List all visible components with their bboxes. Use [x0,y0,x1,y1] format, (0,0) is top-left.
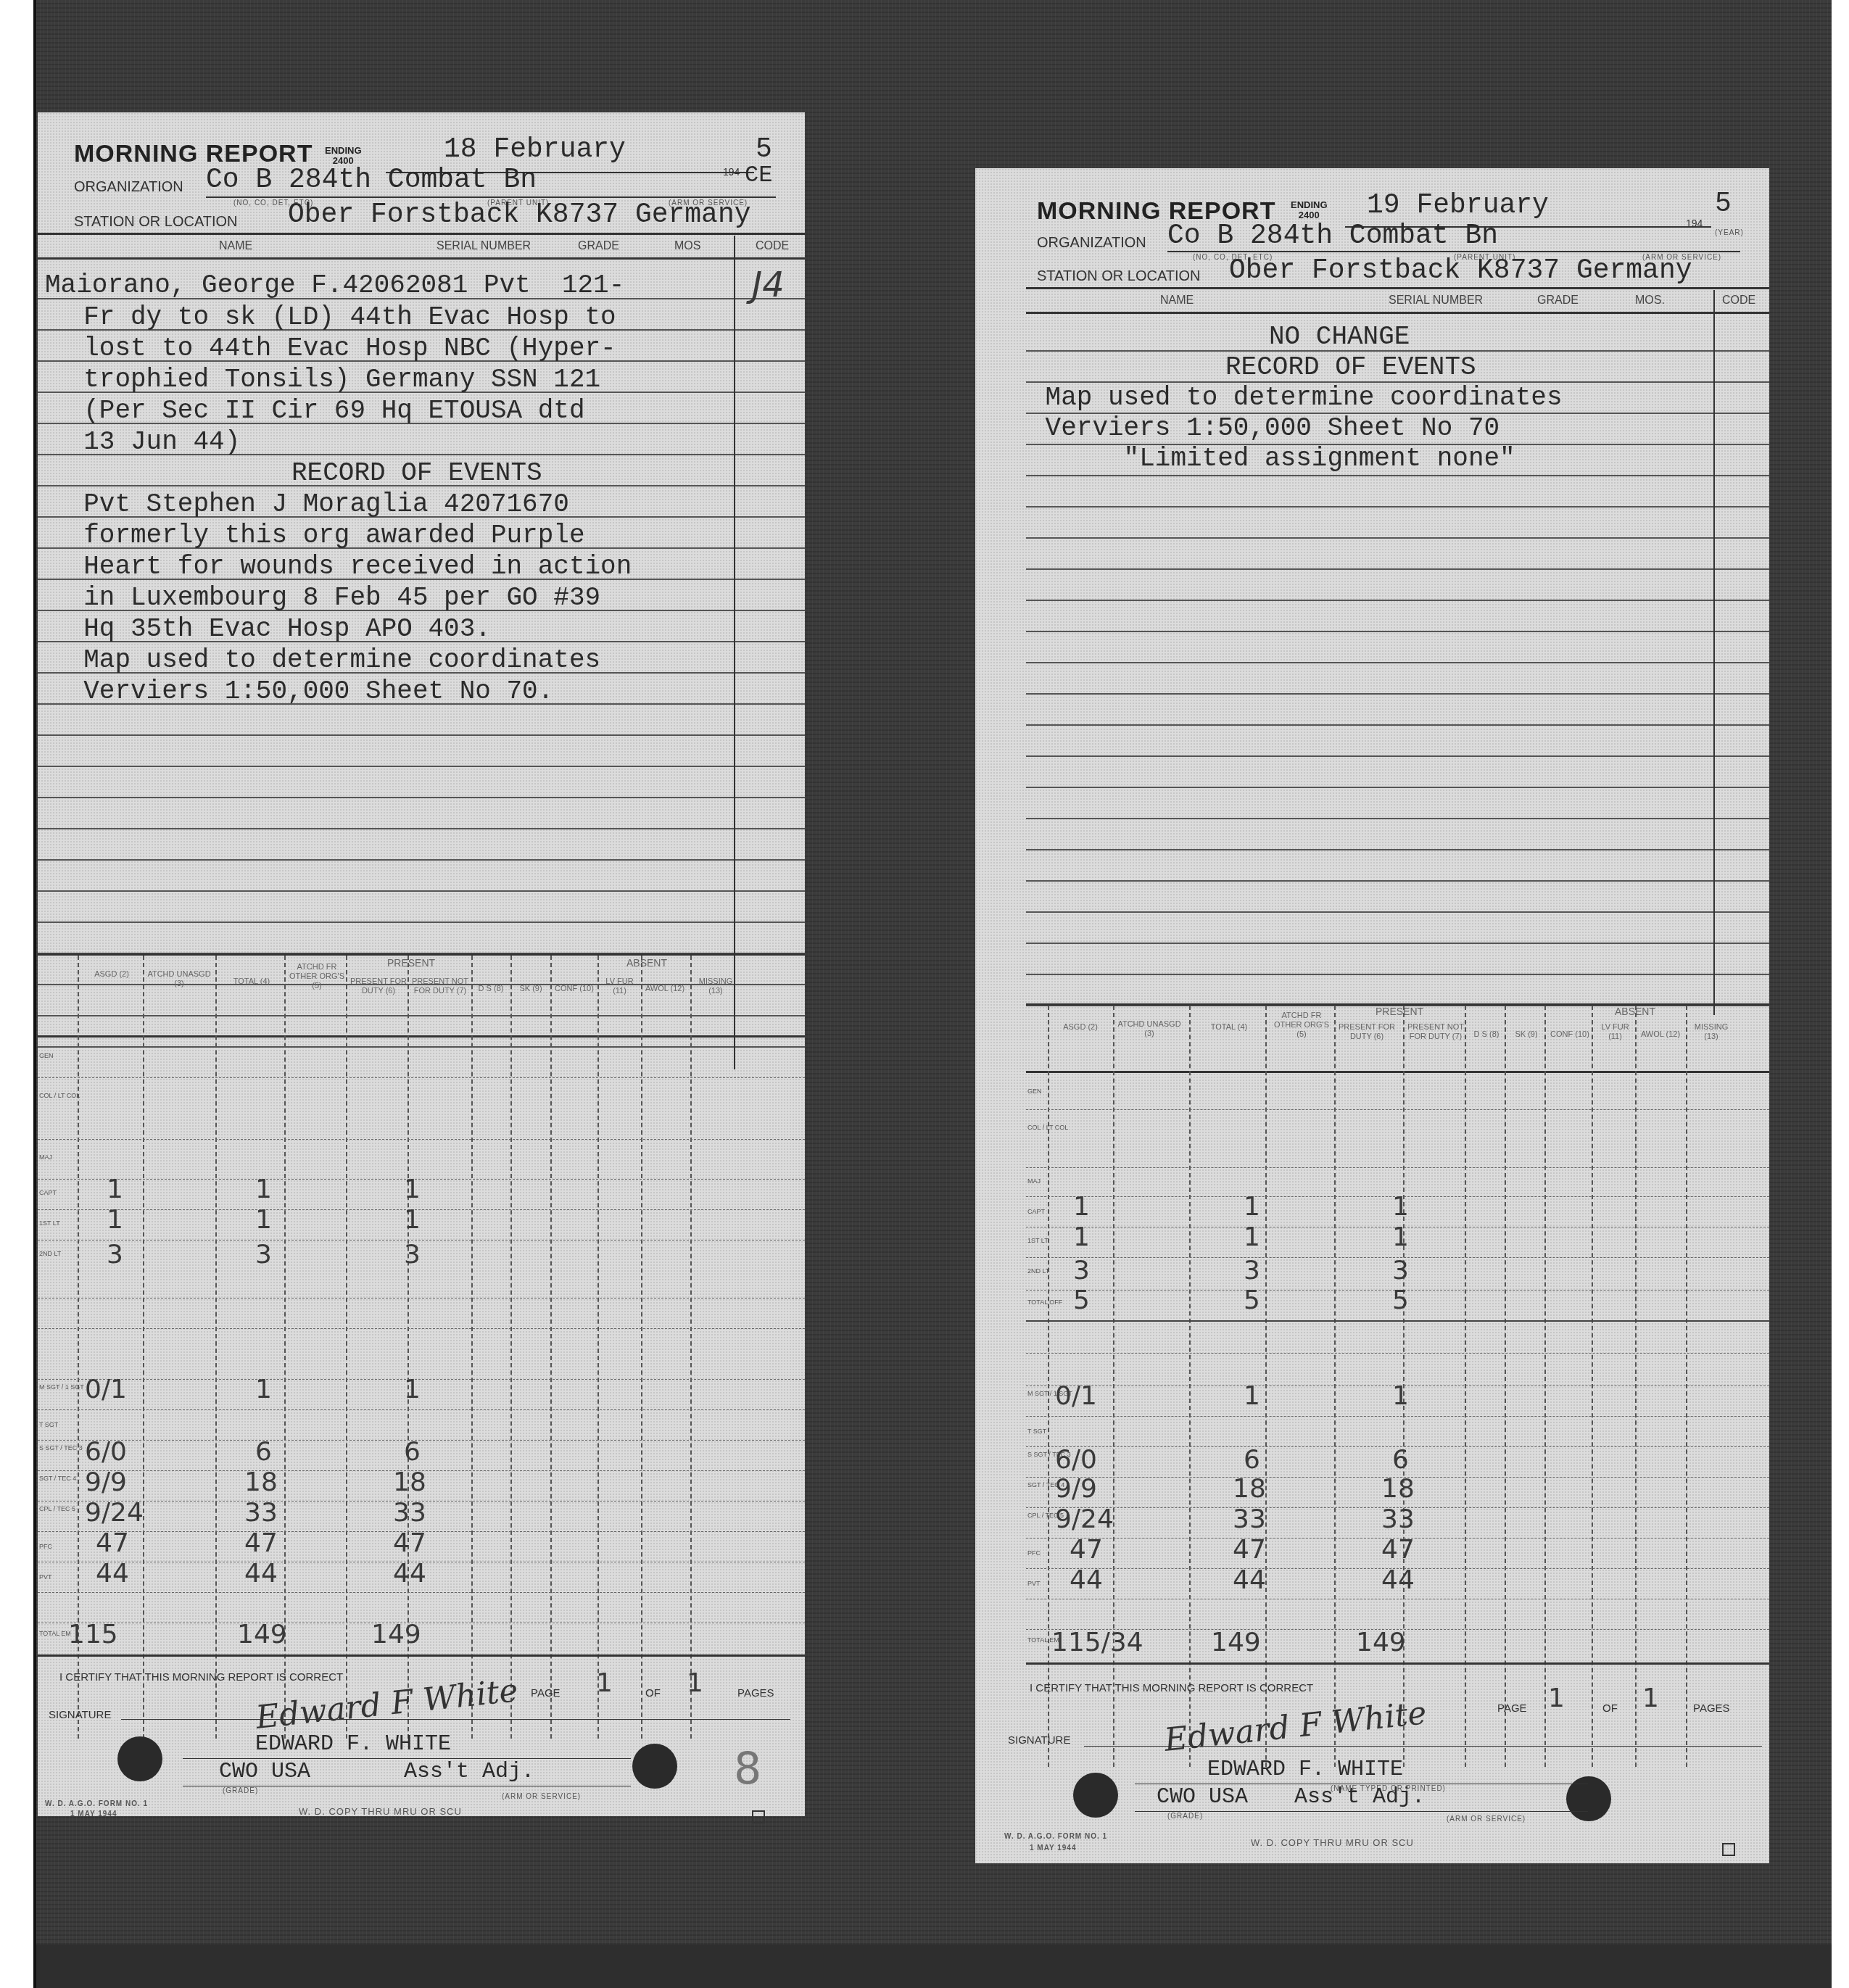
table-row: CAPT 1 1 1 [38,1179,805,1210]
report-date: 19 February [1367,190,1549,221]
cell-asgd: 3 [1073,1256,1090,1285]
hdr-asgd: ASGD (2) [83,970,141,979]
cell-asgd: 47 [96,1528,129,1558]
signature: Edward F White [1162,1694,1428,1759]
strength-table: ASGD (2) ATCHD UNASGD (3) TOTAL (4) ATCH… [1026,1003,1769,1767]
col-serial: SERIAL NUMBER [1389,294,1483,307]
organization-value: Co B 284th Combat Bn [206,165,537,196]
cell-total: 3 [1244,1256,1260,1285]
grade-line [1135,1811,1588,1812]
table-row: PFC 47 47 47 [1026,1538,1769,1569]
code-column-divider [1713,290,1715,1015]
cell-asgd: 9/9 [85,1467,127,1497]
col-code: CODE [1722,294,1755,307]
entry-code: J4 [752,265,785,305]
cell-for-duty: 47 [393,1528,426,1558]
entry-line: Pvt Stephen J Moraglia 42071670 [52,489,569,519]
entry-line: Map used to determine coordinates [1030,383,1563,413]
hdr-conf: CONF (10) [1548,1030,1592,1040]
hdr-ds: D S (8) [1468,1030,1505,1040]
year-label: (YEAR) [1715,229,1744,237]
form-number: W. D. A.G.O. FORM NO. 1 [45,1800,148,1808]
cell-asgd: 0/1 [1055,1381,1097,1411]
ending-label: ENDING 2400 [325,146,362,166]
of-label: OF [645,1687,661,1699]
cell-total: 47 [244,1528,278,1558]
cell-total: 5 [1244,1285,1260,1315]
hdr-group-absent: ABSENT [574,958,719,968]
year-prefix: 194 [1686,218,1703,229]
cell-asgd: 1 [107,1175,123,1204]
page-total: 1 [687,1668,703,1698]
table-row [1026,1599,1769,1630]
signer-role: Ass't Adj. [1294,1785,1425,1810]
cell-for-duty: 3 [404,1240,421,1270]
organization-label: ORGANIZATION [74,179,183,196]
corner-box [752,1810,765,1823]
table-row: SGT / TEC 4 9/9 18 18 [1026,1477,1769,1508]
col-grade: GRADE [578,240,619,253]
copy-note: W. D. COPY THRU MRU OR SCU [1251,1837,1414,1848]
table-row: MAJ [38,1139,805,1180]
cell-asgd: 115 [68,1620,118,1649]
no-change-heading: NO CHANGE [1269,322,1410,352]
of-label: OF [1602,1702,1618,1715]
cell-for-duty: 149 [371,1620,421,1649]
entry-column-headers: NAME SERIAL NUMBER GRADE MOS CODE [38,236,805,260]
report-header: MORNING REPORT ENDING 2400 19 February 1… [975,168,1769,324]
entry-line: "Limited assignment none" [1030,444,1515,473]
record-of-events-heading: RECORD OF EVENTS [291,458,542,488]
cell-asgd: 1 [1073,1222,1090,1252]
org-underline [206,196,776,198]
report-date: 18 February [444,134,626,165]
table-row: T SGT [1026,1416,1769,1447]
table-row: S SGT / TEC 3 6/0 6 6 [38,1440,805,1471]
year-digit: 5 [756,134,772,165]
cell-asgd: 0/1 [85,1375,127,1404]
cell-asgd: 44 [1070,1565,1103,1595]
certification-block: I CERTIFY THAT THIS MORNING REPORT IS CO… [38,1671,805,1816]
entry-line: lost to 44th Evac Hosp NBC (Hyper- [52,334,616,363]
punch-hole-left [117,1736,162,1781]
entry-line: Heart for wounds received in action [52,552,632,581]
table-row [38,1592,805,1623]
entry-line: in Luxembourg 8 Feb 45 per GO #39 [52,583,600,613]
cell-asgd: 1 [1073,1192,1090,1222]
arm-label: (ARM OR SERVICE) [1447,1815,1526,1823]
table-row: CPL / TEC 5 9/24 33 33 [1026,1507,1769,1538]
cell-for-duty: 1 [1392,1381,1409,1411]
cell-for-duty: 1 [404,1205,421,1235]
cell-asgd: 47 [1070,1535,1103,1565]
signature-line [121,1719,790,1720]
punch-hole-right [632,1744,677,1789]
hdr-total: TOTAL (4) [223,977,281,987]
table-row: S SGT / TEC 3 6/0 6 6 [1026,1446,1769,1478]
form-number: W. D. A.G.O. FORM NO. 1 [1004,1833,1107,1841]
cell-for-duty: 44 [1381,1565,1415,1595]
col-mos: MOS [674,240,700,253]
page-right-margin [1832,0,1849,1988]
page-number: 1 [1548,1683,1565,1713]
cell-asgd: 6/0 [85,1437,127,1467]
hdr-atchd-fr-other: ATCHD FR OTHER ORG'S (5) [288,963,346,991]
table-row-total: TOTAL EM 115/34 149 149 [1026,1629,1769,1665]
cell-total: 1 [255,1375,272,1404]
signature-label: SIGNATURE [49,1709,111,1721]
col-mos: MOS. [1635,294,1665,307]
cell-for-duty: 149 [1356,1628,1406,1657]
year-label: CE [745,162,772,189]
cell-for-duty: 6 [1392,1445,1409,1475]
table-row: GEN [1026,1073,1769,1110]
cell-for-duty: 18 [1381,1474,1415,1504]
table-row: GEN [38,1038,805,1078]
entry-column-headers: NAME SERIAL NUMBER GRADE MOS. CODE [1026,290,1769,314]
hdr-atchd-fr-other: ATCHD FR OTHER ORG'S (5) [1273,1011,1331,1040]
cell-total: 6 [1244,1445,1260,1475]
table-row: COL / LT COL [1026,1109,1769,1168]
record-of-events-heading: RECORD OF EVENTS [1225,352,1476,382]
cell-total: 1 [1244,1381,1260,1411]
scan-bottom-strip [36,1944,1832,1988]
hdr-not-for-duty: PRESENT NOT FOR DUTY (7) [1407,1023,1465,1042]
table-row: PVT 44 44 44 [1026,1568,1769,1599]
cell-total: 44 [244,1559,278,1589]
entry-line: Maiorano, George F.42062081 Pvt 121- [45,270,624,300]
entry-line: formerly this org awarded Purple [52,521,585,550]
table-row: COL / LT COL [38,1077,805,1140]
strength-table-header: ASGD (2) ATCHD UNASGD (3) TOTAL (4) ATCH… [1026,1006,1769,1073]
cell-total: 47 [1233,1535,1266,1565]
page-label: PAGE [1497,1702,1527,1715]
station-label: STATION OR LOCATION [74,214,238,231]
hdr-lv-fur: LV FUR (11) [600,977,640,996]
table-row: PVT 44 44 44 [38,1562,805,1593]
cell-total: 6 [255,1437,272,1467]
hdr-group-present: PRESENT [357,958,466,968]
cell-for-duty: 44 [393,1559,426,1589]
corner-box [1722,1843,1735,1856]
table-row: 2ND LT 3 3 3 [38,1240,805,1299]
code-column-divider [734,236,735,1069]
hdr-missing: MISSING (13) [694,977,737,996]
form-date: 1 MAY 1944 [70,1810,117,1818]
hdr-ds: D S (8) [473,985,509,994]
cell-asgd: 1 [107,1205,123,1235]
cell-for-duty: 3 [1392,1256,1409,1285]
certification-block: I CERTIFY THAT THIS MORNING REPORT IS CO… [975,1682,1769,1863]
cell-asgd: 5 [1073,1285,1090,1315]
table-row [38,1298,805,1329]
table-row: 1ST LT 1 1 1 [1026,1227,1769,1258]
grade-line [183,1786,631,1786]
page-total: 1 [1642,1683,1659,1713]
signature-label: SIGNATURE [1008,1734,1070,1747]
arm-label: (ARM OR SERVICE) [502,1793,581,1801]
signer-grade: CWO USA [219,1760,310,1784]
station-value: Ober Forstback K8737 Germany [1229,255,1692,286]
table-row [1026,1320,1769,1354]
col-code: CODE [756,240,789,253]
cell-total: 18 [244,1467,278,1497]
signer-grade: CWO USA [1157,1785,1248,1810]
hdr-awol: AWOL (12) [643,985,687,994]
cell-for-duty: 1 [1392,1192,1409,1222]
table-row [38,1328,805,1380]
table-row: M SGT / 1 SGT 0/1 1 1 [1026,1386,1769,1417]
hdr-asgd: ASGD (2) [1051,1023,1109,1032]
hdr-sk: SK (9) [1508,1030,1544,1040]
cell-for-duty: 33 [1381,1504,1415,1534]
hdr-for-duty: PRESENT FOR DUTY (6) [349,977,408,996]
strength-table: ASGD (2) ATCHD UNASGD (3) TOTAL (4) ATCH… [38,953,805,1739]
cell-total: 33 [244,1498,278,1528]
cell-total: 1 [1244,1192,1260,1222]
certify-statement: I CERTIFY THAT THIS MORNING REPORT IS CO… [1030,1682,1313,1694]
cell-for-duty: 1 [1392,1222,1409,1252]
margin-mark: 8 [734,1744,761,1794]
cell-total: 149 [1211,1628,1261,1657]
cell-total: 44 [1233,1565,1266,1595]
col-name: NAME [219,240,252,253]
signer-name: EDWARD F. WHITE [255,1732,451,1757]
grade-label: (GRADE) [223,1787,258,1795]
cell-asgd: 9/24 [1055,1504,1114,1534]
grade-label: (GRADE) [1167,1813,1203,1821]
col-name: NAME [1160,294,1194,307]
hdr-missing: MISSING (13) [1689,1023,1733,1042]
hdr-atchd-unasgd: ATCHD UNASGD (3) [146,970,212,989]
hdr-atchd-unasgd: ATCHD UNASGD (3) [1117,1020,1182,1039]
copy-note: W. D. COPY THRU MRU OR SCU [299,1806,462,1817]
cell-for-duty: 1 [404,1175,421,1204]
hdr-not-for-duty: PRESENT NOT FOR DUTY (7) [411,977,469,996]
cell-asgd: 6/0 [1055,1445,1097,1475]
hdr-for-duty: PRESENT FOR DUTY (6) [1338,1023,1396,1042]
table-row: M SGT / 1 SGT 0/1 1 1 [38,1379,805,1410]
morning-report-form-feb-19: MORNING REPORT ENDING 2400 19 February 1… [975,168,1769,1863]
cell-asgd: 115/34 [1051,1628,1143,1657]
entry-line: Fr dy to sk (LD) 44th Evac Hosp to [52,302,616,332]
entry-line: trophied Tonsils) Germany SSN 121 [52,365,600,394]
name-line [183,1758,631,1759]
cell-for-duty: 1 [404,1375,421,1404]
cell-total: 33 [1233,1504,1266,1534]
page-left-margin [0,0,36,1988]
station-label: STATION OR LOCATION [1037,268,1201,285]
hdr-lv-fur: LV FUR (11) [1595,1023,1635,1042]
signer-name: EDWARD F. WHITE [1207,1757,1403,1782]
table-row: PFC 47 47 47 [38,1531,805,1562]
certify-statement: I CERTIFY THAT THIS MORNING REPORT IS CO… [59,1671,343,1683]
cell-total: 1 [255,1175,272,1204]
pages-label: PAGES [737,1687,774,1699]
page-label: PAGE [531,1687,561,1699]
organization-value: Co B 284th Combat Bn [1167,220,1498,252]
entry-line: 13 Jun 44) [52,427,240,457]
table-row-total: TOTAL EM 115 149 149 [38,1623,805,1657]
col-grade: GRADE [1537,294,1579,307]
entry-line: Hq 35th Evac Hosp APO 403. [52,614,491,644]
name-line [1135,1784,1588,1784]
entry-line: Verviers 1:50,000 Sheet No 70. [52,676,553,706]
entry-line: Verviers 1:50,000 Sheet No 70 [1030,413,1500,443]
cell-total: 149 [237,1620,287,1649]
hdr-group-present: PRESENT [1345,1007,1454,1016]
entry-line: (Per Sec II Cir 69 Hq ETOUSA dtd [52,396,585,426]
cell-asgd: 9/24 [85,1498,144,1528]
cell-asgd: 44 [96,1559,129,1589]
table-row: SGT / TEC 4 9/9 18 18 [38,1470,805,1502]
hdr-awol: AWOL (12) [1639,1030,1682,1040]
organization-label: ORGANIZATION [1037,235,1146,252]
morning-report-form-feb-18: MORNING REPORT ENDING 2400 18 February 1… [38,112,805,1816]
year-prefix: 194 [723,166,740,178]
pages-label: PAGES [1693,1702,1730,1715]
cell-for-duty: 33 [393,1498,426,1528]
hdr-sk: SK (9) [513,985,549,994]
cell-asgd: 9/9 [1055,1474,1097,1504]
form-date: 1 MAY 1944 [1030,1844,1077,1852]
entry-line: Map used to determine coordinates [52,645,600,675]
cell-for-duty: 47 [1381,1535,1415,1565]
table-row: T SGT [38,1409,805,1441]
signer-role: Ass't Adj. [404,1760,534,1784]
table-row: 1ST LT 1 1 1 [38,1209,805,1241]
table-row: CPL / TEC 5 9/24 33 33 [38,1501,805,1532]
cell-for-duty: 5 [1392,1285,1409,1315]
page-number: 1 [596,1668,613,1698]
col-serial: SERIAL NUMBER [437,240,531,253]
cell-total: 18 [1233,1474,1266,1504]
hdr-total: TOTAL (4) [1200,1023,1258,1032]
station-underline [38,233,805,235]
cell-for-duty: 18 [393,1467,426,1497]
station-value: Ober Forstback K8737 Germany [288,199,751,231]
hdr-conf: CONF (10) [553,985,596,994]
table-row: TOTAL OFF 5 5 5 [1026,1290,1769,1322]
cell-for-duty: 6 [404,1437,421,1467]
cell-total: 1 [255,1205,272,1235]
station-underline [1026,287,1769,289]
ending-label: ENDING 2400 [1291,200,1328,220]
year-digit: 5 [1715,189,1732,220]
cell-total: 3 [255,1240,272,1270]
report-header: MORNING REPORT ENDING 2400 18 February 1… [38,112,805,268]
cell-asgd: 3 [107,1240,123,1270]
cell-total: 1 [1244,1222,1260,1252]
org-underline [1167,251,1740,252]
punch-hole-left [1073,1773,1118,1818]
